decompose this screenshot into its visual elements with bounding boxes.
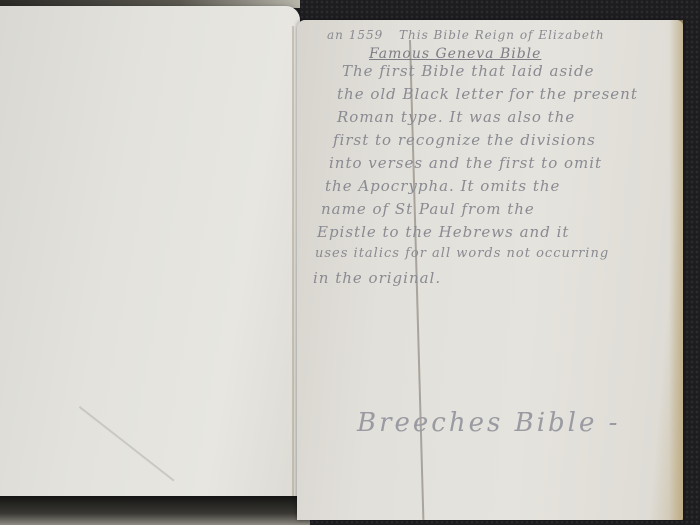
page-fold-mark [79,406,175,481]
inscription-line: into verses and the first to omit [329,154,602,172]
inscription-line: the Apocrypha. It omits the [325,177,560,195]
inscription-line: in the original. [313,269,441,287]
page-gutter-line [292,26,294,496]
book-bottom-shadow [0,496,310,525]
inscription-line: Epistle to the Hebrews and it [317,223,569,241]
inscription-footer: Breeches Bible - [357,408,620,438]
left-page-blank [0,6,300,506]
inscription-title: Famous Geneva Bible [369,46,541,62]
page-edge-yellowing [669,20,683,520]
inscription-header-note: This Bible Reign of Elizabeth [399,28,605,42]
inscription-line: Roman type. It was also the [337,108,575,126]
inscription-date: an 1559 [327,28,383,42]
inscription-line: the old Black letter for the present [337,85,638,103]
inscription-line: uses italics for all words not occurring [315,246,609,261]
right-page-inscribed: an 1559 This Bible Reign of Elizabeth Fa… [297,20,683,520]
inscription-line: The first Bible that laid aside [342,62,594,80]
inscription-line: first to recognize the divisions [333,131,596,149]
inscription-line: name of St Paul from the [321,200,535,218]
